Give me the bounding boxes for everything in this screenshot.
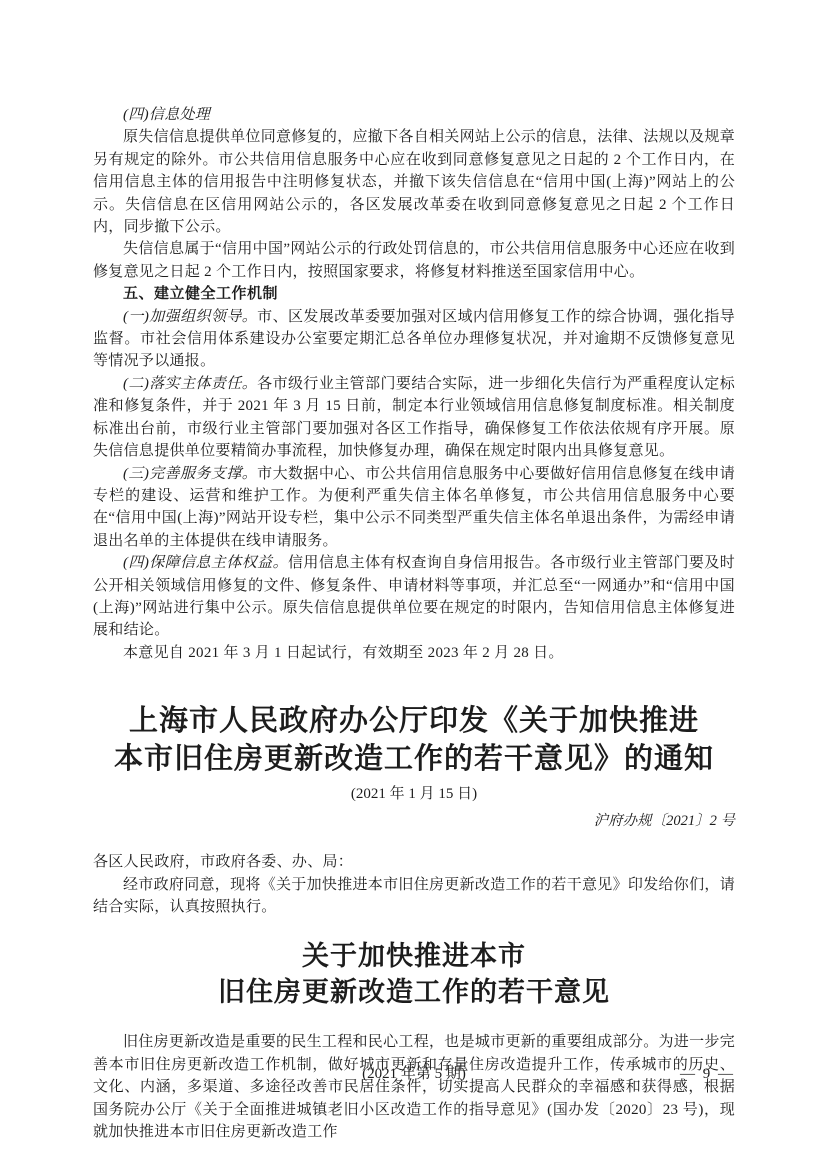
para-validity: 本意见自 2021 年 3 月 1 日起试行，有效期至 2023 年 2 月 2…	[93, 642, 735, 664]
clause-lead-3: (三)完善服务支撑。	[123, 466, 257, 482]
clause-item-1: (一)加强组织领导。市、区发展改革委要加强对区域内信用修复工作的综合协调，强化指…	[93, 306, 735, 373]
footer-page-number: — 9 —	[680, 1063, 735, 1085]
notice-title-line-1: 上海市人民政府办公厅印发《关于加快推进	[93, 702, 735, 740]
document-page: (四)信息处理 原失信信息提供单位同意修复的，应撤下各自相关网站上公示的信息，法…	[0, 0, 827, 1170]
para-forwarding: 经市政府同意，现将《关于加快推进本市旧住房更新改造工作的若干意见》印发给你们，请…	[93, 874, 735, 919]
clause-item-4: (四)保障信息主体权益。信用信息主体有权查询自身信用报告。各市级行业主管部门要及…	[93, 552, 735, 642]
para-repair-removal: 原失信信息提供单位同意修复的，应撤下各自相关网站上公示的信息，法律、法规以及规章…	[93, 126, 735, 238]
page-content: (四)信息处理 原失信信息提供单位同意修复的，应撤下各自相关网站上公示的信息，法…	[93, 104, 735, 1143]
clause-lead-4: (四)保障信息主体权益。	[123, 555, 288, 571]
notice-date: (2021 年 1 月 15 日)	[93, 783, 735, 805]
doc-number: 沪府办规〔2021〕2 号	[93, 811, 735, 831]
salutation: 各区人民政府，市政府各委、办、局：	[93, 851, 735, 873]
para-admin-penalty: 失信信息属于“信用中国”网站公示的行政处罚信息的，市公共信用信息服务中心还应在收…	[93, 238, 735, 283]
clause-lead-1: (一)加强组织领导。	[123, 309, 257, 325]
clause-item-3: (三)完善服务支撑。市大数据中心、市公共信用信息服务中心要做好信用信息修复在线申…	[93, 463, 735, 553]
opinion-title-line-1: 关于加快推进本市	[93, 938, 735, 974]
page-footer: (2021 年第 5 期) — 9 —	[93, 1063, 735, 1085]
footer-issue: (2021 年第 5 期)	[362, 1066, 466, 1082]
clause-item-2: (二)落实主体责任。各市级行业主管部门要结合实际，进一步细化失信行为严重程度认定…	[93, 373, 735, 463]
para-opinion-intro: 旧住房更新改造是重要的民生工程和民心工程，也是城市更新的重要组成部分。为进一步完…	[93, 1031, 735, 1143]
opinion-title-line-2: 旧住房更新改造工作的若干意见	[93, 974, 735, 1010]
subsection-heading-info-processing: (四)信息处理	[93, 104, 735, 126]
notice-title-line-2: 本市旧住房更新改造工作的若干意见》的通知	[93, 740, 735, 778]
opinion-title: 关于加快推进本市 旧住房更新改造工作的若干意见	[93, 938, 735, 1010]
notice-title: 上海市人民政府办公厅印发《关于加快推进 本市旧住房更新改造工作的若干意见》的通知	[93, 702, 735, 778]
section-heading-work-mechanism: 五、建立健全工作机制	[93, 283, 735, 305]
clause-lead-2: (二)落实主体责任。	[123, 376, 257, 392]
